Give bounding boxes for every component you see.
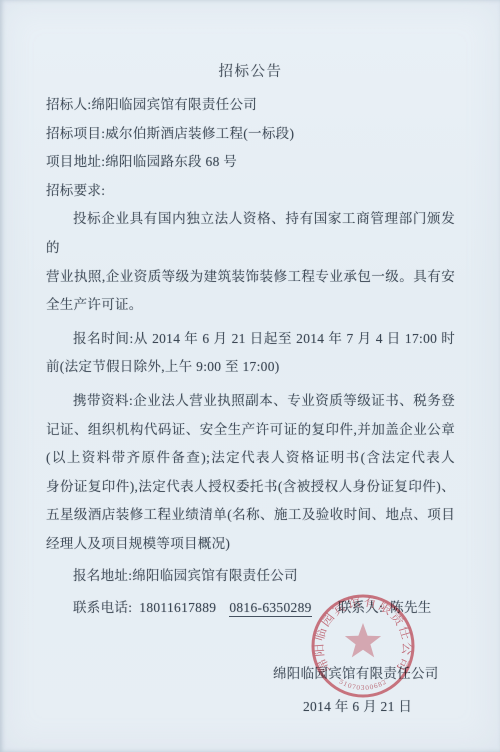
required-materials-line: (以上资料带齐原件备查);法定代表人资格证明书(含法定代表人 <box>46 444 455 473</box>
registration-address-line: 报名地址:绵阳临园宾馆有限责任公司 <box>46 562 455 591</box>
field-project: 招标项目:威尔伯斯酒店装修工程(一标段) <box>46 120 455 149</box>
field-project-address: 项目地址:绵阳临园路东段 68 号 <box>46 148 455 177</box>
seal-star-icon <box>345 623 381 657</box>
field-tenderer: 招标人:绵阳临园宾馆有限责任公司 <box>46 91 455 120</box>
required-materials-line: 身份证复印件),法定代表人授权委托书(含被授权人身份证复印件)、 <box>46 473 455 502</box>
required-materials-line: 五星级酒店装修工程业绩清单(名称、施工及验收时间、地点、项目 <box>46 501 455 530</box>
registration-time-line: 报名时间:从 2014 年 6 月 21 日起至 2014 年 7 月 4 日 … <box>46 325 455 354</box>
requirements-paragraph-line: 全生产许可证。 <box>46 291 455 320</box>
contact-phone-number-2: 0816-6350289 <box>229 600 311 617</box>
company-seal-stamp: 绵阳临园宾馆有限责任公司 51070300682 <box>308 591 418 701</box>
document-title: 招标公告 <box>46 58 455 86</box>
required-materials-line: 记证、组织机构代码证、安全生产许可证的复印件,并加盖企业公章 <box>46 416 455 445</box>
field-requirements-label: 招标要求: <box>46 177 455 206</box>
required-materials-line: 携带资料:企业法人营业执照副本、专业资质等级证书、税务登 <box>46 387 455 416</box>
contact-phone-label: 联系电话: <box>73 600 132 615</box>
registration-time-line: 前(法定节假日除外,上午 9:00 至 17:00) <box>46 353 455 382</box>
contact-phone-number-1: 18011617889 <box>139 600 216 615</box>
requirements-paragraph-line: 投标企业具有国内独立法人资格、持有国家工商管理部门颁发的 <box>46 205 455 262</box>
requirements-paragraph-line: 营业执照,企业资质等级为建筑装饰装修工程专业承包一级。具有安 <box>46 263 455 292</box>
seal-serial-number: 51070300682 <box>338 678 389 692</box>
required-materials-line: 经理人及项目规模等项目概况) <box>46 530 455 559</box>
scanned-tender-announcement-page: 招标公告 招标人:绵阳临园宾馆有限责任公司 招标项目:威尔伯斯酒店装修工程(一标… <box>0 0 500 752</box>
svg-text:51070300682: 51070300682 <box>338 678 389 692</box>
